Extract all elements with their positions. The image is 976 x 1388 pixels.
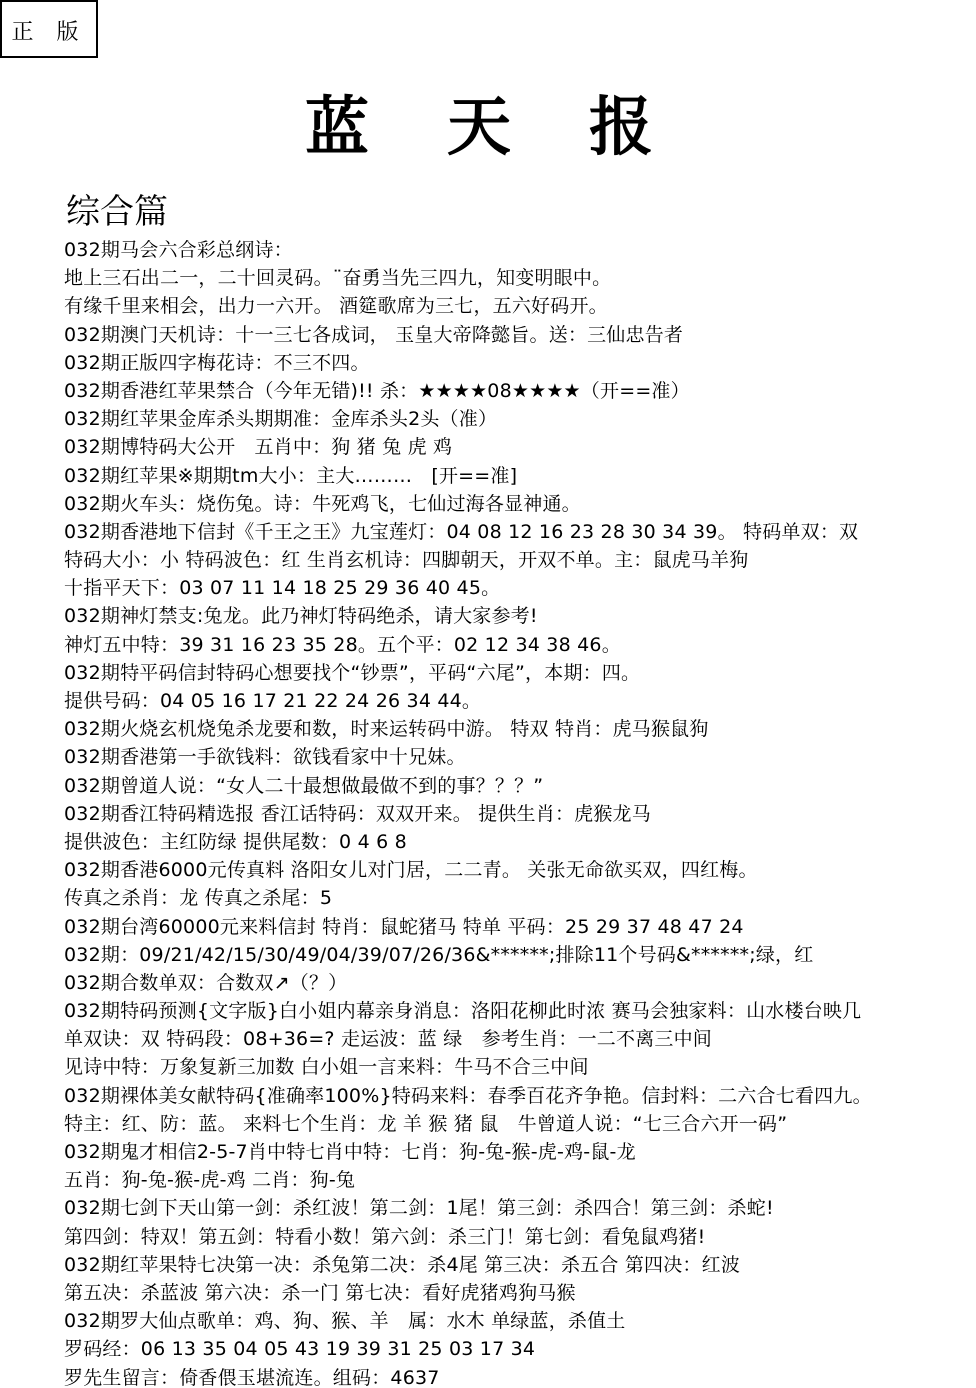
article-body: 032期马会六合彩总纲诗： 地上三石出二一，二十回灵码。¨奋勇当先三四九，知变明… — [64, 236, 964, 1388]
text-line: 032期神灯禁支:兔龙。此乃神灯特码绝杀，请大家参考! — [64, 602, 964, 630]
text-line: 032期红苹果特七决第一决：杀兔第二决：杀4尾 第三决：杀五合 第四决：红波 — [64, 1251, 964, 1279]
text-line: 032期：09/21/42/15/30/49/04/39/07/26/36&**… — [64, 941, 964, 969]
text-line: 032期香港红苹果禁合（今年无错)!! 杀：★★★★08★★★★（开==准） — [64, 377, 964, 405]
text-line: 提供号码：04 05 16 17 21 22 24 26 34 44。 — [64, 687, 964, 715]
text-line: 032期七剑下天山第一剑：杀红波！第二剑：1尾！第三剑：杀四合！第三剑：杀蛇! — [64, 1194, 964, 1222]
text-line: 五肖：狗-兔-猴-虎-鸡 二肖：狗-兔 — [64, 1166, 964, 1194]
text-line: 032期香港第一手欲钱料：欲钱看家中十兄妹。 — [64, 743, 964, 771]
text-line: 032期红苹果金库杀头期期准：金库杀头2头（准） — [64, 405, 964, 433]
text-line: 见诗中特：万象复新三加数 白小姐一言来料：牛马不合三中间 — [64, 1053, 964, 1081]
text-line: 032期红苹果※期期tm大小：主大……… [开==准] — [64, 462, 964, 490]
text-line: 032期火烧玄机烧兔杀龙要和数，时来运转码中游。 特双 特肖：虎马猴鼠狗 — [64, 715, 964, 743]
text-line: 032期博特码大公开 五肖中：狗 猪 兔 虎 鸡 — [64, 433, 964, 461]
text-line: 032期曾道人说：“女人二十最想做最做不到的事？？？” — [64, 772, 964, 800]
text-line: 第四剑：特双！第五剑：特看小数！第六剑：杀三门！第七剑：看兔鼠鸡猪! — [64, 1223, 964, 1251]
text-line: 032期香港6000元传真料 洛阳女儿对门居，二二青。 关张无命欲买双，四红梅。 — [64, 856, 964, 884]
text-line: 传真之杀肖：龙 传真之杀尾：5 — [64, 884, 964, 912]
text-line: 032期罗大仙点歌单：鸡、狗、猴、羊 属：水木 单绿蓝，杀值土 — [64, 1307, 964, 1335]
text-line: 032期正版四字梅花诗：不三不四。 — [64, 349, 964, 377]
text-line: 032期特码预测{文字版}白小姐内幕亲身消息：洛阳花柳此时浓 赛马会独家料：山水… — [64, 997, 964, 1025]
page-title: 蓝天报 — [0, 88, 976, 168]
text-line: 032期裸体美女献特码{准确率100%}特码来料：春季百花齐争艳。信封料：二六合… — [64, 1082, 964, 1110]
text-line: 032期香港地下信封《千王之王》九宝莲灯：04 08 12 16 23 28 3… — [64, 518, 964, 546]
text-line: 032期特平码信封特码心想要找个“钞票”，平码“六尾”，本期：四。 — [64, 659, 964, 687]
text-line: 提供波色：主红防绿 提供尾数：0 4 6 8 — [64, 828, 964, 856]
text-line: 有缘千里来相会，出力一六开。 酒筵歌席为三七，五六好码开。 — [64, 292, 964, 320]
text-line: 特码大小：小 特码波色：红 生肖玄机诗：四脚朝天，开双不单。主：鼠虎马羊狗 — [64, 546, 964, 574]
text-line: 地上三石出二一，二十回灵码。¨奋勇当先三四九，知变明眼中。 — [64, 264, 964, 292]
text-line: 第五决：杀蓝波 第六决：杀一门 第七决：看好虎猪鸡狗马猴 — [64, 1279, 964, 1307]
text-line: 032期火车头：烧伤兔。诗：牛死鸡飞，七仙过海各显神通。 — [64, 490, 964, 518]
text-line: 032期合数单双：合数双↗（？） — [64, 969, 964, 997]
text-line: 032期鬼才相信2-5-7肖中特七肖中特：七肖：狗-兔-猴-虎-鸡-鼠-龙 — [64, 1138, 964, 1166]
text-line: 神灯五中特：39 31 16 23 35 28。五个平：02 12 34 38 … — [64, 631, 964, 659]
section-title: 综合篇 — [66, 192, 168, 232]
authentic-edition-badge: 正 版 — [0, 0, 98, 58]
text-line: 罗先生留言：倚香偎玉堪流连。组码：4637 — [64, 1364, 964, 1388]
text-line: 十指平天下：03 07 11 14 18 25 29 36 40 45。 — [64, 574, 964, 602]
text-line: 单双诀：双 特码段：08+36=? 走运波：蓝 绿 参考生肖：一二不离三中间 — [64, 1025, 964, 1053]
text-line: 032期台湾60000元来料信封 特肖：鼠蛇猪马 特单 平码：25 29 37 … — [64, 913, 964, 941]
text-line: 032期马会六合彩总纲诗： — [64, 236, 964, 264]
text-line: 特主：红、防：蓝。 来料七个生肖：龙 羊 猴 猪 鼠 牛曾道人说：“七三合六开一… — [64, 1110, 964, 1138]
text-line: 罗码经：06 13 35 04 05 43 19 39 31 25 03 17 … — [64, 1335, 964, 1363]
text-line: 032期香江特码精选报 香江话特码：双双开来。 提供生肖：虎猴龙马 — [64, 800, 964, 828]
text-line: 032期澳门天机诗：十一三七各成词， 玉皇大帝降懿旨。送：三仙忠告者 — [64, 321, 964, 349]
